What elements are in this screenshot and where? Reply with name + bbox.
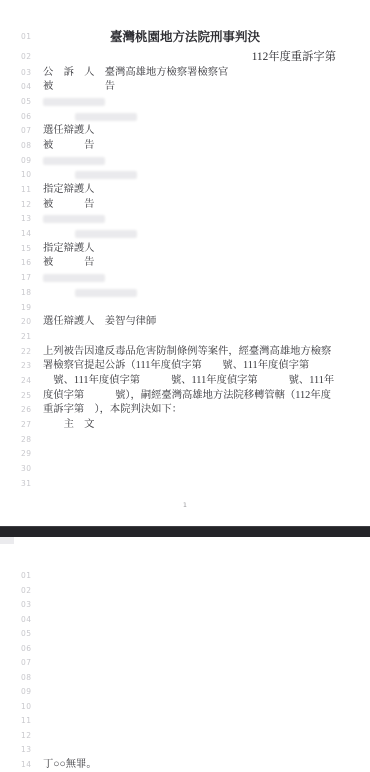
doc-line: 12被 告: [0, 198, 370, 213]
doc-line: 04被 告: [0, 80, 370, 95]
doc-line: 14: [0, 227, 370, 242]
line-text: 指定辯護人: [43, 183, 370, 198]
doc-line: 20選任辯護人 姜智勻律師: [0, 315, 370, 330]
doc-line: 10: [0, 168, 370, 183]
doc-line: 02: [0, 584, 370, 599]
line-number: 05: [21, 95, 32, 110]
redacted-text: [43, 274, 105, 282]
line-number: 08: [21, 671, 32, 686]
line-number: 07: [21, 656, 32, 671]
line-text: 重訴字第 ），本院判決如下：: [43, 403, 370, 418]
document-viewer[interactable]: 01臺灣桃園地方法院刑事判決02112年度重訴字第03公 訴 人 臺灣高雄地方檢…: [0, 0, 370, 772]
line-number: 28: [21, 433, 32, 448]
line-text: 112年度重訴字第: [0, 48, 370, 66]
line-number: 13: [21, 743, 32, 758]
redacted-text: [43, 215, 105, 223]
doc-line: 09: [0, 154, 370, 169]
doc-line: 31: [0, 477, 370, 492]
line-text: 上列被告因違反毒品危害防制條例等案件，經臺灣高雄地方檢察: [43, 345, 370, 360]
redacted-text: [75, 113, 137, 121]
line-number: 27: [21, 418, 32, 433]
line-number: 26: [21, 403, 32, 418]
line-number: 03: [21, 66, 32, 81]
page1-lines: 01臺灣桃園地方法院刑事判決02112年度重訴字第03公 訴 人 臺灣高雄地方檢…: [0, 26, 370, 492]
line-text: 度偵字第 號），嗣經臺灣高雄地方法院移轉管轄（112年度: [43, 389, 370, 404]
line-text: 被 告: [43, 198, 370, 213]
redacted-text: [75, 230, 137, 238]
line-number: 12: [21, 198, 32, 213]
line-number: 04: [21, 80, 32, 95]
doc-line: 12: [0, 729, 370, 744]
doc-line: 10: [0, 700, 370, 715]
line-number: 31: [21, 477, 32, 492]
doc-line: 01臺灣桃園地方法院刑事判決: [0, 26, 370, 48]
doc-line: 25度偵字第 號），嗣經臺灣高雄地方法院移轉管轄（112年度: [0, 389, 370, 404]
line-number: 04: [21, 613, 32, 628]
doc-line: 03公 訴 人 臺灣高雄地方檢察署檢察官: [0, 66, 370, 81]
line-number: 11: [21, 183, 32, 198]
line-text: 選任辯護人 姜智勻律師: [43, 315, 370, 330]
page-number: 1: [0, 500, 370, 510]
doc-line: 07選任辯護人: [0, 124, 370, 139]
doc-line: 21: [0, 330, 370, 345]
line-number: 18: [21, 286, 32, 301]
line-number: 30: [21, 462, 32, 477]
doc-line: 14丁○○無罪。: [0, 758, 370, 772]
redacted-text: [43, 157, 105, 165]
line-number: 05: [21, 627, 32, 642]
line-text: 被 告: [43, 80, 370, 95]
line-number: 24: [21, 374, 32, 389]
line-number: 25: [21, 389, 32, 404]
line-number: 29: [21, 447, 32, 462]
doc-line: 11: [0, 714, 370, 729]
doc-line: 23署檢察官提起公訴（111年度偵字第 號、111年度偵字第: [0, 359, 370, 374]
doc-line: 26重訴字第 ），本院判決如下：: [0, 403, 370, 418]
line-number: 06: [21, 110, 32, 125]
line-number: 01: [21, 569, 32, 584]
line-number: 21: [21, 330, 32, 345]
doc-line: 18: [0, 286, 370, 301]
line-text: 號、111年度偵字第 號、111年度偵字第 號、111年: [43, 374, 370, 389]
line-number: 02: [21, 48, 32, 66]
line-number: 09: [21, 685, 32, 700]
page-corner-shadow: [0, 537, 14, 544]
doc-line: 09: [0, 685, 370, 700]
doc-line: 08被 告: [0, 139, 370, 154]
doc-line: 03: [0, 598, 370, 613]
redacted-text: [75, 289, 137, 297]
line-number: 14: [21, 758, 32, 772]
doc-line: 27 主 文: [0, 418, 370, 433]
doc-line: 08: [0, 671, 370, 686]
line-number: 20: [21, 315, 32, 330]
line-text: 主 文: [43, 418, 370, 433]
line-number: 13: [21, 212, 32, 227]
doc-line: 11指定辯護人: [0, 183, 370, 198]
line-number: 09: [21, 154, 32, 169]
line-text: 被 告: [43, 139, 370, 154]
line-number: 23: [21, 359, 32, 374]
line-number: 22: [21, 345, 32, 360]
line-number: 15: [21, 242, 32, 257]
line-text: 丁○○無罪。: [43, 758, 370, 772]
line-number: 16: [21, 256, 32, 271]
doc-line: 17: [0, 271, 370, 286]
doc-line: 06: [0, 642, 370, 657]
redacted-text: [75, 171, 137, 179]
line-number: 02: [21, 584, 32, 599]
doc-line: 05: [0, 627, 370, 642]
doc-line: 30: [0, 462, 370, 477]
page-separator: [0, 526, 370, 537]
line-text: 署檢察官提起公訴（111年度偵字第 號、111年度偵字第: [43, 359, 370, 374]
line-number: 14: [21, 227, 32, 242]
line-text: 臺灣桃園地方法院刑事判決: [0, 26, 370, 48]
line-text: 被 告: [43, 256, 370, 271]
line-number: 12: [21, 729, 32, 744]
doc-line: 01: [0, 569, 370, 584]
page-2: 0102030405060708091011121314丁○○無罪。: [0, 537, 370, 772]
doc-line: 13: [0, 743, 370, 758]
line-number: 10: [21, 168, 32, 183]
doc-line: 04: [0, 613, 370, 628]
line-number: 01: [21, 26, 32, 48]
doc-line: 16被 告: [0, 256, 370, 271]
page2-lines: 0102030405060708091011121314丁○○無罪。: [0, 569, 370, 772]
doc-line: 13: [0, 212, 370, 227]
redacted-text: [43, 98, 105, 106]
doc-line: 15指定辯護人: [0, 242, 370, 257]
line-number: 11: [21, 714, 32, 729]
line-number: 08: [21, 139, 32, 154]
line-text: 選任辯護人: [43, 124, 370, 139]
doc-line: 29: [0, 447, 370, 462]
doc-line: 28: [0, 433, 370, 448]
line-number: 07: [21, 124, 32, 139]
line-number: 06: [21, 642, 32, 657]
page-1: 01臺灣桃園地方法院刑事判決02112年度重訴字第03公 訴 人 臺灣高雄地方檢…: [0, 0, 370, 526]
line-number: 17: [21, 271, 32, 286]
doc-line: 06: [0, 110, 370, 125]
line-number: 19: [21, 301, 32, 316]
doc-line: 02112年度重訴字第: [0, 48, 370, 66]
doc-line: 22上列被告因違反毒品危害防制條例等案件，經臺灣高雄地方檢察: [0, 345, 370, 360]
line-text: 公 訴 人 臺灣高雄地方檢察署檢察官: [43, 66, 370, 81]
doc-line: 05: [0, 95, 370, 110]
line-number: 10: [21, 700, 32, 715]
doc-line: 19: [0, 301, 370, 316]
doc-line: 07: [0, 656, 370, 671]
line-number: 03: [21, 598, 32, 613]
doc-line: 24 號、111年度偵字第 號、111年度偵字第 號、111年: [0, 374, 370, 389]
line-text: 指定辯護人: [43, 242, 370, 257]
